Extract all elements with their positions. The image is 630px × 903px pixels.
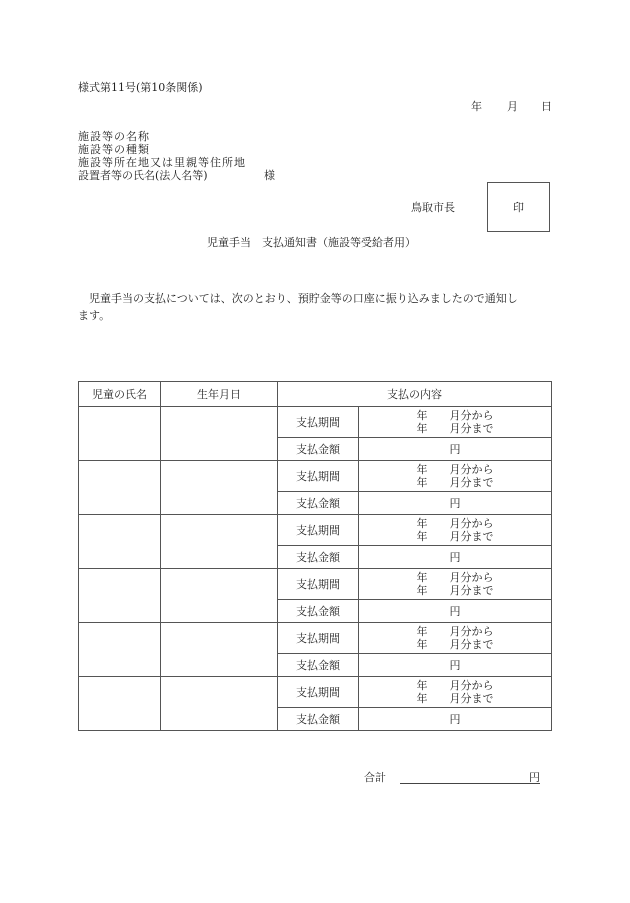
document-title: 児童手当 支払通知書（施設等受給者用） [207,236,416,249]
amount-value[interactable]: 円 [359,492,552,515]
recipient-honorific: 様 [264,169,275,182]
period-label: 支払期間 [278,623,359,654]
birth-date-cell[interactable] [161,677,278,731]
period-value[interactable]: 年 月分から年 月分まで [359,623,552,654]
period-value[interactable]: 年 月分から年 月分まで [359,677,552,708]
table-row: 支払期間 年 月分から年 月分まで [79,515,552,546]
period-label: 支払期間 [278,569,359,600]
period-to: 年 月分まで [359,692,551,705]
birth-date-cell[interactable] [161,569,278,623]
table-header-row: 児童の氏名 生年月日 支払の内容 [79,382,552,407]
total-label: 合計 [364,771,386,784]
recipient-facility-type: 施設等の種類 [78,143,150,156]
period-label: 支払期間 [278,515,359,546]
header-payment-details: 支払の内容 [278,382,552,407]
table-row: 支払期間 年 月分から年 月分まで [79,407,552,438]
period-value[interactable]: 年 月分から年 月分まで [359,569,552,600]
date-day: 日 [541,100,552,113]
birth-date-cell[interactable] [161,407,278,461]
birth-date-cell[interactable] [161,461,278,515]
birth-date-cell[interactable] [161,515,278,569]
amount-value[interactable]: 円 [359,438,552,461]
amount-value[interactable]: 円 [359,546,552,569]
issuer-name: 鳥取市長 [411,201,455,214]
amount-value[interactable]: 円 [359,654,552,677]
header-birth-date: 生年月日 [161,382,278,407]
date-month: 月 [507,100,518,113]
amount-label: 支払金額 [278,600,359,623]
period-to: 年 月分まで [359,422,551,435]
table-row: 支払期間 年 月分から年 月分まで [79,569,552,600]
total-unit: 円 [529,771,540,784]
period-from: 年 月分から [359,463,551,476]
period-value[interactable]: 年 月分から年 月分まで [359,407,552,438]
period-value[interactable]: 年 月分から年 月分まで [359,515,552,546]
amount-label: 支払金額 [278,492,359,515]
body-text-line-1: 児童手当の支払については、次のとおり、預貯金等の口座に振り込みましたので通知し [78,292,518,305]
child-name-cell[interactable] [79,461,161,515]
seal-box: 印 [487,182,550,232]
period-from: 年 月分から [359,571,551,584]
payment-table: 児童の氏名 生年月日 支払の内容 支払期間 年 月分から年 月分まで 支払金額 … [78,381,552,731]
header-child-name: 児童の氏名 [79,382,161,407]
child-name-cell[interactable] [79,515,161,569]
recipient-facility-address: 施設等所在地又は里親等住所地 [78,156,246,169]
child-name-cell[interactable] [79,623,161,677]
period-from: 年 月分から [359,409,551,422]
table-row: 支払期間 年 月分から年 月分まで [79,461,552,492]
period-to: 年 月分まで [359,584,551,597]
period-to: 年 月分まで [359,530,551,543]
amount-label: 支払金額 [278,708,359,731]
period-to: 年 月分まで [359,476,551,489]
period-value[interactable]: 年 月分から年 月分まで [359,461,552,492]
amount-value[interactable]: 円 [359,708,552,731]
period-from: 年 月分から [359,517,551,530]
recipient-facility-name: 施設等の名称 [78,130,150,143]
period-to: 年 月分まで [359,638,551,651]
amount-label: 支払金額 [278,654,359,677]
table-row: 支払期間 年 月分から年 月分まで [79,677,552,708]
amount-value[interactable]: 円 [359,600,552,623]
child-name-cell[interactable] [79,407,161,461]
period-label: 支払期間 [278,407,359,438]
date-year: 年 [471,100,482,113]
child-name-cell[interactable] [79,569,161,623]
period-from: 年 月分から [359,625,551,638]
child-name-cell[interactable] [79,677,161,731]
period-label: 支払期間 [278,461,359,492]
form-number: 様式第11号(第10条関係) [78,81,203,94]
table-row: 支払期間 年 月分から年 月分まで [79,623,552,654]
seal-label: 印 [513,199,524,215]
amount-label: 支払金額 [278,438,359,461]
period-label: 支払期間 [278,677,359,708]
total-amount-field[interactable] [400,783,540,784]
period-from: 年 月分から [359,679,551,692]
body-text-line-2: ます。 [78,309,110,322]
recipient-owner-name: 設置者等の氏名(法人名等) [78,169,208,182]
amount-label: 支払金額 [278,546,359,569]
birth-date-cell[interactable] [161,623,278,677]
